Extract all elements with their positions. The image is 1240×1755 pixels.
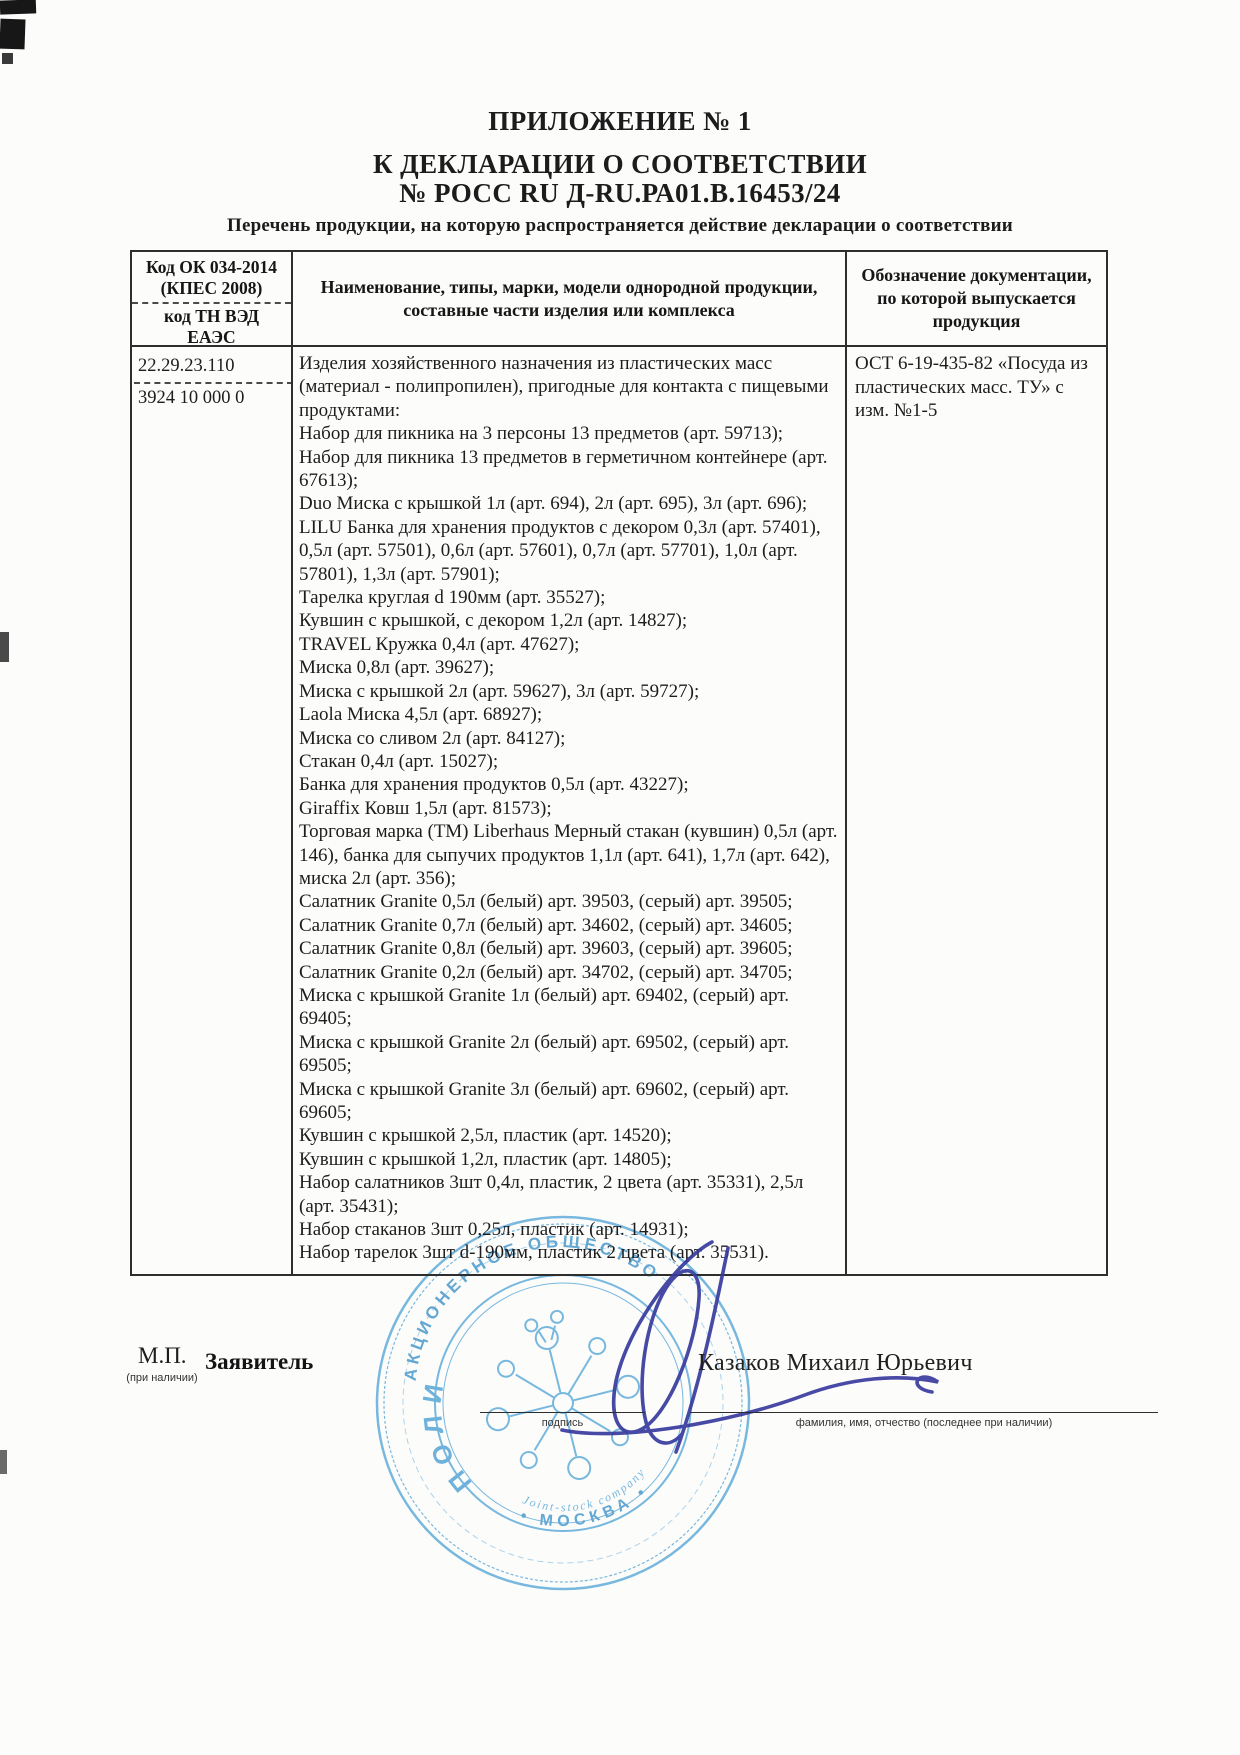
scan-artifact: [0, 632, 9, 662]
name-caption: фамилия, имя, отчество (последнее при на…: [690, 1417, 1158, 1429]
handwritten-signature: [470, 1226, 980, 1471]
product-line: Кувшин с крышкой, с декором 1,2л (арт. 1…: [299, 609, 839, 632]
header-code-line: Код ОК 034-2014: [132, 257, 291, 278]
documentation-cell: ОСТ 6-19-435-82 «Посуда из пластических …: [847, 347, 1106, 1274]
product-line: Кувшин с крышкой 1,2л, пластик (арт. 148…: [299, 1148, 839, 1171]
product-line: Миска с крышкой Granite 2л (белый) арт. …: [299, 1031, 839, 1078]
product-line: Салатник Granite 0,8л (белый) арт. 39603…: [299, 937, 839, 960]
documentation-text: ОСТ 6-19-435-82 «Посуда из пластических …: [855, 352, 1098, 423]
table-header-row: Код ОК 034-2014 (КПЕС 2008) код ТН ВЭД Е…: [132, 252, 1106, 347]
product-line: Giraffix Ковш 1,5л (арт. 81573);: [299, 797, 839, 820]
header-code-line: (КПЕС 2008): [132, 278, 291, 299]
header-doc-column: Обозначение документации, по которой вып…: [847, 252, 1106, 345]
product-line: Салатник Granite 0,7л (белый) арт. 34602…: [299, 914, 839, 937]
stamp-place-label: М.П.: [138, 1343, 187, 1369]
product-line: Миска с крышкой Granite 3л (белый) арт. …: [299, 1078, 839, 1125]
product-table: Код ОК 034-2014 (КПЕС 2008) код ТН ВЭД Е…: [130, 250, 1108, 1276]
scan-artifact: [2, 53, 13, 64]
name-line: [690, 1412, 1158, 1413]
stamp-center-word: ПОЛИ: [405, 1365, 481, 1502]
applicant-name: Казаков Михаил Юрьевич: [698, 1350, 973, 1377]
product-line: Набор салатников 3шт 0,4л, пластик, 2 цв…: [299, 1171, 839, 1218]
scan-artifact: [0, 0, 36, 15]
products-cell: Изделия хозяйственного назначения из пла…: [293, 347, 847, 1274]
product-line: Банка для хранения продуктов 0,5л (арт. …: [299, 773, 839, 796]
product-line: TRAVEL Кружка 0,4л (арт. 47627);: [299, 633, 839, 656]
product-line: Миска с крышкой 2л (арт. 59627), 3л (арт…: [299, 680, 839, 703]
product-line: Миска со сливом 2л (арт. 84127);: [299, 727, 839, 750]
okp-code: 22.29.23.110: [138, 355, 287, 378]
declaration-title: К ДЕКЛАРАЦИИ О СООТВЕТСТВИИ: [0, 149, 1240, 180]
product-line: Кувшин с крышкой 2,5л, пластик (арт. 145…: [299, 1124, 839, 1147]
header-code-column: Код ОК 034-2014 (КПЕС 2008) код ТН ВЭД Е…: [132, 252, 293, 345]
product-line: Миска 0,8л (арт. 39627);: [299, 656, 839, 679]
product-line: Стакан 0,4л (арт. 15027);: [299, 750, 839, 773]
header-code-line: ЕАЭС: [132, 327, 291, 345]
header-code-line: код ТН ВЭД: [132, 306, 291, 327]
scan-artifact: [0, 1450, 7, 1474]
applicant-label: Заявитель: [205, 1349, 313, 1375]
scan-artifact: [0, 19, 26, 50]
signature-caption: подпись: [480, 1417, 645, 1429]
svg-text:ПОЛИ: ПОЛИ: [405, 1365, 481, 1502]
product-line: LILU Банка для хранения продуктов с деко…: [299, 516, 839, 586]
table-caption: Перечень продукции, на которую распростр…: [0, 215, 1240, 237]
product-line: Изделия хозяйственного назначения из пла…: [299, 352, 839, 422]
header-name-text: Наименование, типы, марки, модели одноро…: [303, 276, 835, 322]
product-line: Миска с крышкой Granite 1л (белый) арт. …: [299, 984, 839, 1031]
header-doc-text: Обозначение документации, по которой вып…: [857, 264, 1096, 333]
product-line: Duo Миска с крышкой 1л (арт. 694), 2л (а…: [299, 492, 839, 515]
dashed-divider: [134, 382, 293, 384]
header-name-column: Наименование, типы, марки, модели одноро…: [293, 252, 847, 345]
product-line: Салатник Granite 0,5л (белый) арт. 39503…: [299, 890, 839, 913]
appendix-title: ПРИЛОЖЕНИЕ № 1: [0, 106, 1240, 137]
product-line: Салатник Granite 0,2л (белый) арт. 34702…: [299, 961, 839, 984]
product-line: Набор для пикника на 3 персоны 13 предме…: [299, 422, 839, 445]
dashed-divider: [132, 302, 291, 304]
product-line: Тарелка круглая d 190мм (арт. 35527);: [299, 586, 839, 609]
table-body-row: 22.29.23.110 3924 10 000 0 Изделия хозяй…: [132, 347, 1106, 1274]
tnved-code: 3924 10 000 0: [138, 387, 287, 410]
code-cell: 22.29.23.110 3924 10 000 0: [132, 347, 293, 1274]
product-line: Набор для пикника 13 предметов в гермети…: [299, 446, 839, 493]
product-line: Торговая марка (ТМ) Liberhaus Мерный ста…: [299, 820, 839, 890]
declaration-number: № РОСС RU Д-RU.РА01.В.16453/24: [0, 178, 1240, 209]
signature-line: [480, 1412, 645, 1413]
scanned-declaration-page: { "page": { "title1": "ПРИЛОЖЕНИЕ № 1", …: [0, 0, 1240, 1755]
product-line: Laola Миска 4,5л (арт. 68927);: [299, 703, 839, 726]
stamp-place-note: (при наличии): [124, 1372, 200, 1384]
